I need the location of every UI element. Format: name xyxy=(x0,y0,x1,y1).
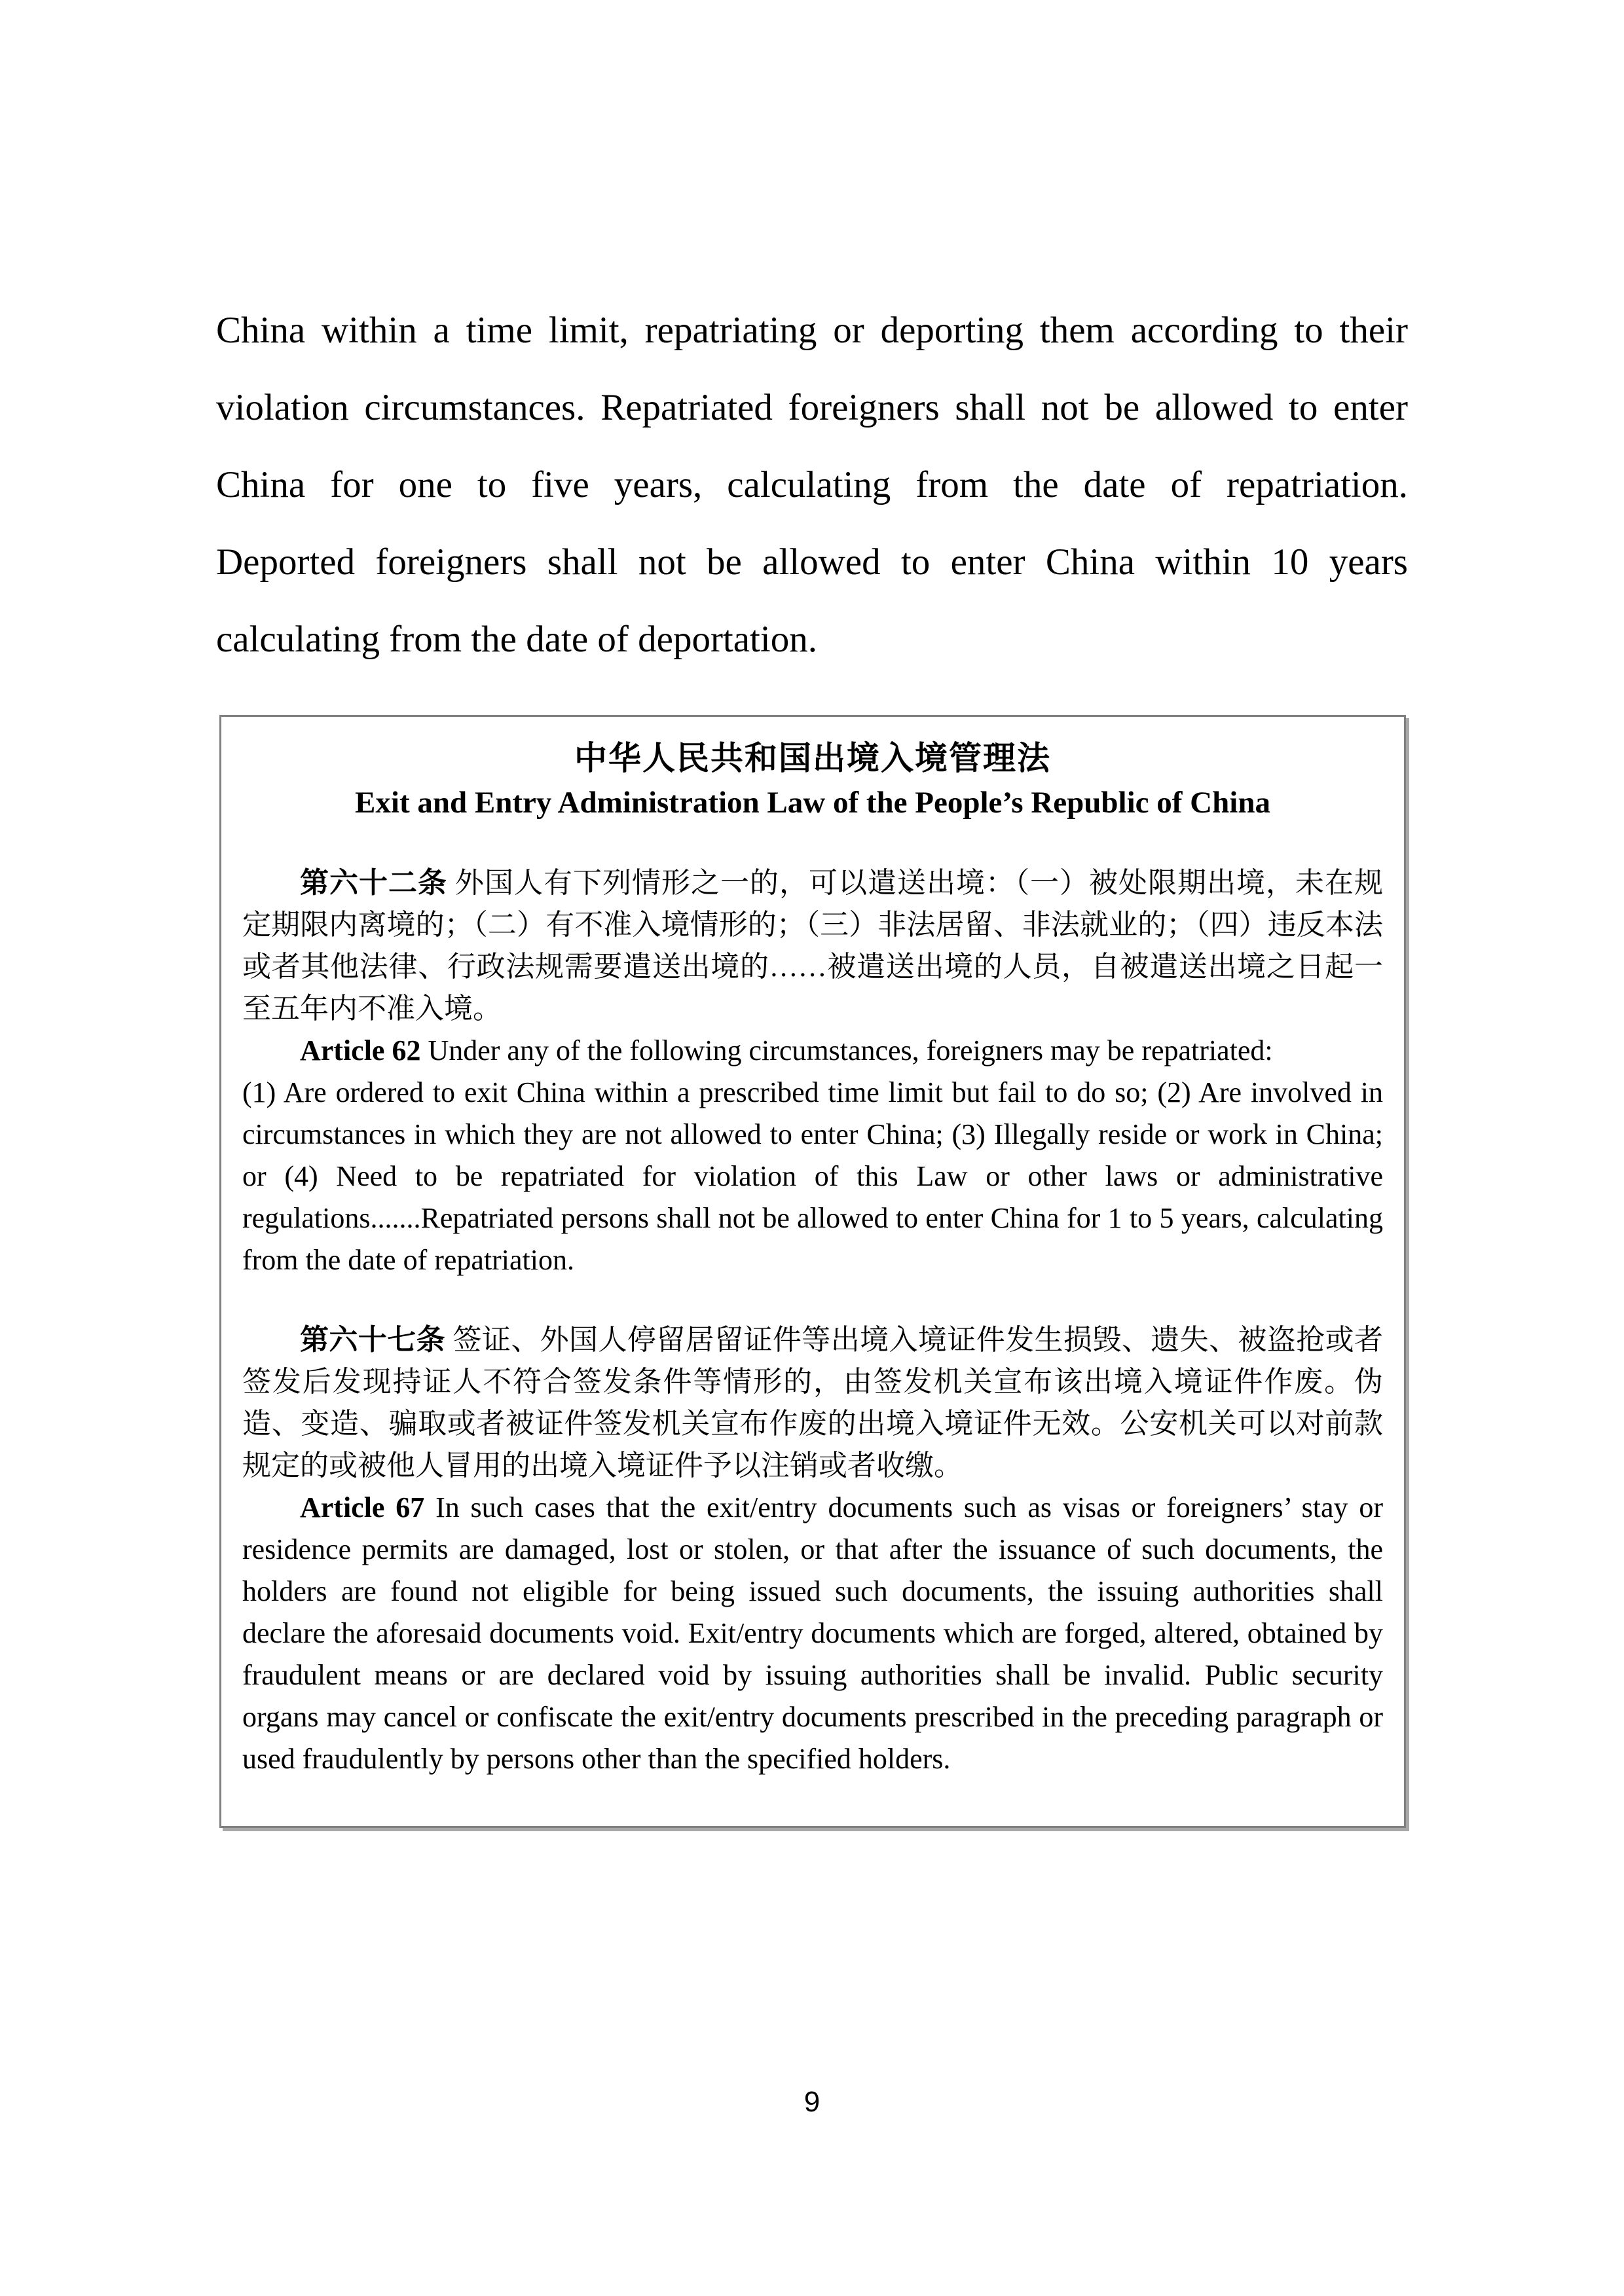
article-67-chinese: 第六十七条 签证、外国人停留居留证件等出境入境证件发生损毁、遗失、被盗抢或者签发… xyxy=(242,1319,1383,1487)
intro-paragraph-line: Deported foreigners shall not be allowed… xyxy=(216,524,1408,601)
intro-paragraph-line: violation circumstances. Repatriated for… xyxy=(216,369,1408,446)
article-62-chinese: 第六十二条 外国人有下列情形之一的，可以遣送出境：（一）被处限期出境，未在规定期… xyxy=(242,862,1383,1030)
article-62-chinese-label: 第六十二条 xyxy=(300,867,447,899)
article-67-english-text: In such cases that the exit/entry docume… xyxy=(242,1491,1383,1775)
label-gap xyxy=(447,867,455,899)
article-62-english-intro-text: Under any of the following circumstances… xyxy=(428,1034,1272,1066)
label-gap xyxy=(420,1034,428,1066)
article-67-chinese-label: 第六十七条 xyxy=(300,1324,445,1356)
label-gap xyxy=(445,1324,452,1356)
law-title-chinese: 中华人民共和国出境入境管理法 xyxy=(242,735,1383,781)
intro-paragraph: China within a time limit, repatriating … xyxy=(216,292,1408,678)
page-number: 9 xyxy=(0,2085,1624,2119)
document-page: China within a time limit, repatriating … xyxy=(0,0,1624,2296)
intro-paragraph-line: China within a time limit, repatriating … xyxy=(216,292,1408,369)
law-title-english: Exit and Entry Administration Law of the… xyxy=(242,781,1383,824)
article-62-english-intro: Article 62 Under any of the following ci… xyxy=(242,1030,1383,1072)
article-62-english-label: Article 62 xyxy=(300,1034,420,1066)
law-quote-box: 中华人民共和国出境入境管理法 Exit and Entry Administra… xyxy=(219,715,1406,1828)
label-gap xyxy=(424,1491,435,1523)
intro-paragraph-line: calculating from the date of deportation… xyxy=(216,601,1408,678)
article-62-english-body: (1) Are ordered to exit China within a p… xyxy=(242,1072,1383,1281)
article-67-english: Article 67 In such cases that the exit/e… xyxy=(242,1487,1383,1780)
article-67-english-label: Article 67 xyxy=(300,1491,424,1523)
intro-paragraph-line: China for one to five years, calculating… xyxy=(216,446,1408,524)
